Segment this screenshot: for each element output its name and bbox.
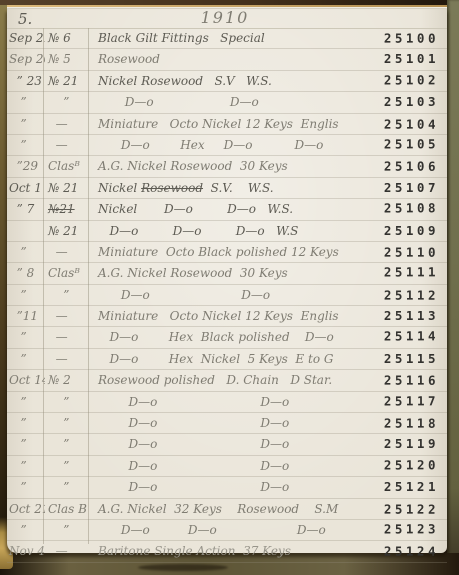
entry-description: Nickel D—o D—o W.S. bbox=[93, 199, 339, 219]
entry-date bbox=[7, 221, 45, 241]
entry-model-number: ” bbox=[45, 434, 93, 454]
entry-description: Black Gilt Fittings Special bbox=[93, 28, 339, 48]
book-cover-left bbox=[0, 5, 7, 575]
entry-model-number: — bbox=[45, 114, 93, 134]
entry-description: D—o D—o bbox=[93, 413, 339, 433]
entry-model-number: Clasᴮ bbox=[45, 156, 93, 176]
ledger-row: ”11 — Miniature Octo Nickel 12 Keys Engl… bbox=[7, 306, 447, 327]
entry-date: ” bbox=[7, 434, 45, 454]
entry-date: Sep 21ˢᵗ bbox=[7, 28, 45, 48]
ledger-row: ” — Miniature Octo Black polished 12 Key… bbox=[7, 242, 447, 263]
entry-model-number: ” bbox=[45, 285, 93, 305]
entry-date: ” bbox=[7, 477, 45, 497]
entry-model-number: ” bbox=[45, 392, 93, 412]
ledger-row: Nov 4ᵗʰ — Baritone Single Action 37 Keys… bbox=[7, 541, 447, 562]
entry-description: Baritone Single Action 37 Keys bbox=[93, 541, 339, 561]
entry-serial-stamp: 25118 bbox=[339, 413, 447, 434]
entry-serial-stamp: 25100 bbox=[339, 28, 447, 49]
entry-date: ” bbox=[7, 349, 45, 369]
entry-serial-stamp: 25119 bbox=[339, 434, 447, 454]
entry-date: Sep 20 bbox=[7, 49, 45, 69]
entry-date: ” bbox=[7, 327, 45, 347]
ledger-row: ” ” D—o D—o 25103 bbox=[7, 92, 447, 113]
ledger-page: 5. 1910 Sep 21ˢᵗ № 6 Black Gilt Fittings… bbox=[7, 9, 447, 553]
entry-date: ” bbox=[7, 285, 45, 305]
entry-date: ” bbox=[7, 413, 45, 433]
entry-description: Miniature Octo Nickel 12 Keys English bbox=[93, 306, 339, 326]
entry-model-number: ” bbox=[45, 92, 93, 112]
entry-serial-stamp: 25104 bbox=[339, 114, 447, 135]
ledger-row: ” ” D—o D—o 25121 bbox=[7, 477, 447, 498]
entry-serial-stamp: 25110 bbox=[339, 242, 447, 263]
entry-serial-stamp: 25117 bbox=[339, 391, 447, 412]
entry-model-number: ” bbox=[45, 456, 93, 476]
entry-model-number: — bbox=[45, 306, 93, 326]
entry-model-number: ” bbox=[45, 413, 93, 433]
ledger-row: ” ” D—o D—o D—o 25123 bbox=[7, 520, 447, 541]
ledger-row: Sep 20 № 5 Rosewood 25101 bbox=[7, 49, 447, 70]
entry-date: ” bbox=[7, 520, 45, 540]
entry-model-number: № 5 bbox=[45, 49, 93, 69]
entry-description: D—o D—o bbox=[93, 92, 339, 112]
entry-model-number: — bbox=[45, 349, 93, 369]
entry-model-number: Clas B bbox=[45, 499, 93, 519]
ledger-row: ” 7 №21 Nickel D—o D—o W.S. 25108 bbox=[7, 199, 447, 220]
ledger-row: ” — D—o Hex Black polished D—o D—o 25114 bbox=[7, 327, 447, 348]
entry-serial-stamp: 25113 bbox=[339, 306, 447, 326]
entry-description: D—o D—o bbox=[93, 456, 339, 476]
entry-model-number: №21 bbox=[45, 199, 93, 219]
entry-date: ” bbox=[7, 114, 45, 134]
entry-serial-stamp: 25120 bbox=[339, 455, 447, 476]
entry-date: Oct 21 bbox=[7, 499, 45, 519]
entry-date: ” 7 bbox=[7, 199, 45, 219]
entry-serial-stamp: 25121 bbox=[339, 477, 447, 497]
entry-serial-stamp: 25103 bbox=[339, 92, 447, 112]
entry-serial-stamp: 25112 bbox=[339, 285, 447, 306]
entry-serial-stamp: 25111 bbox=[339, 263, 447, 284]
ledger-row: Oct 1 № 21 Nickel Rosewood S.V. W.S. 251… bbox=[7, 178, 447, 199]
book-cover-right bbox=[447, 0, 459, 575]
entry-model-number: № 21 bbox=[45, 71, 93, 91]
entry-serial-stamp: 25115 bbox=[339, 349, 447, 369]
entry-serial-stamp: 25101 bbox=[339, 49, 447, 69]
entry-model-number: — bbox=[45, 135, 93, 155]
ledger-photo: 5. 1910 Sep 21ˢᵗ № 6 Black Gilt Fittings… bbox=[0, 0, 459, 575]
ledger-row: ” 8 Clasᴮ A.G. Nickel Rosewood 30 Keys 2… bbox=[7, 263, 447, 284]
entry-description: D—o D—o D—o W.S bbox=[93, 221, 339, 241]
ledger-row: ” ” D—o D—o 25112 bbox=[7, 285, 447, 306]
year-title: 1910 bbox=[201, 8, 250, 27]
entry-date: Oct 1 bbox=[7, 178, 45, 198]
entry-serial-stamp: 25123 bbox=[339, 519, 447, 540]
entry-description: Miniature Octo Nickel 12 Keys English bbox=[93, 114, 339, 134]
entry-description: A.G. Nickel Rosewood 30 Keys bbox=[93, 263, 339, 283]
entry-description: A.G. Nickel 32 Keys Rosewood S.M.Bel bbox=[93, 499, 339, 519]
entry-date: ”11 bbox=[7, 306, 45, 326]
entry-serial-stamp: 25107 bbox=[339, 178, 447, 198]
ledger-row: Oct 14ᵗʰ № 2 Rosewood polished D. Chain … bbox=[7, 370, 447, 391]
entry-model-number: № 6 bbox=[45, 28, 93, 48]
entry-serial-stamp: 25124 bbox=[339, 542, 447, 563]
entry-model-number: № 2 bbox=[45, 370, 93, 390]
ledger-row: ” ” D—o D—o 25118 bbox=[7, 413, 447, 434]
ledger-row: ” ” D—o D—o 25120 bbox=[7, 456, 447, 477]
entry-serial-stamp: 25116 bbox=[339, 371, 447, 392]
entry-serial-stamp: 25105 bbox=[339, 134, 447, 155]
entry-description: Nickel Rosewood S.V. W.S. bbox=[93, 178, 339, 198]
entry-date: ” bbox=[7, 242, 45, 262]
entry-date: Nov 4ᵗʰ bbox=[7, 541, 45, 561]
entry-description: D—o D—o bbox=[93, 477, 339, 497]
ledger-row: ” 23 № 21 Nickel Rosewood S.V W.S. 25102 bbox=[7, 71, 447, 92]
entry-date: ” 23 bbox=[7, 71, 45, 91]
entry-model-number: № 21 bbox=[45, 178, 93, 198]
ledger-row: Oct 21 Clas B A.G. Nickel 32 Keys Rosewo… bbox=[7, 499, 447, 520]
entry-description: Miniature Octo Black polished 12 Keys En… bbox=[93, 242, 339, 262]
entry-serial-stamp: 25106 bbox=[339, 157, 447, 178]
page-header: 5. 1910 bbox=[7, 9, 447, 29]
entry-serial-stamp: 25122 bbox=[339, 499, 447, 520]
entry-model-number: — bbox=[45, 541, 93, 561]
entry-description: D—o Hex Black polished D—o D—o bbox=[93, 327, 339, 347]
entry-model-number: ” bbox=[45, 477, 93, 497]
entry-description: D—o D—o D—o bbox=[93, 520, 339, 540]
ledger-row: ” ” D—o D—o 25119 bbox=[7, 434, 447, 455]
entry-model-number: ” bbox=[45, 520, 93, 540]
entry-description: Nickel Rosewood S.V W.S. bbox=[93, 71, 339, 91]
ledger-row: ” — Miniature Octo Nickel 12 Keys Englis… bbox=[7, 114, 447, 135]
entry-model-number: Clasᴮ bbox=[45, 263, 93, 283]
entry-model-number: — bbox=[45, 242, 93, 262]
entry-description: D—o D—o bbox=[93, 285, 339, 305]
entry-date: ”29 bbox=[7, 156, 45, 176]
ledger-row: Sep 21ˢᵗ № 6 Black Gilt Fittings Special… bbox=[7, 28, 447, 49]
entry-date: ” bbox=[7, 92, 45, 112]
entry-serial-stamp: 25108 bbox=[339, 198, 447, 219]
entry-date: Oct 14ᵗʰ bbox=[7, 370, 45, 390]
entry-serial-stamp: 25102 bbox=[339, 70, 447, 91]
entry-description: Rosewood bbox=[93, 49, 339, 69]
ledger-row: ” ” D—o D—o 25117 bbox=[7, 392, 447, 413]
entry-description: D—o Hex D—o D—o bbox=[93, 135, 339, 155]
entry-description: D—o Hex Nickel 5 Keys E to G bbox=[93, 349, 339, 369]
entry-model-number: — bbox=[45, 327, 93, 347]
entry-date: ” 8 bbox=[7, 263, 45, 283]
entry-description: D—o D—o bbox=[93, 392, 339, 412]
entry-date: ” bbox=[7, 392, 45, 412]
ledger-rows: Sep 21ˢᵗ № 6 Black Gilt Fittings Special… bbox=[7, 28, 447, 563]
entry-description: Rosewood polished D. Chain D Star. bbox=[93, 370, 339, 390]
ledger-row: ”29 Clasᴮ A.G. Nickel Rosewood 30 Keys 2… bbox=[7, 156, 447, 177]
ledger-row: № 21 D—o D—o D—o W.S 25109 bbox=[7, 221, 447, 242]
ledger-row: ” — D—o Hex Nickel 5 Keys E to G 25115 bbox=[7, 349, 447, 370]
entry-description: A.G. Nickel Rosewood 30 Keys bbox=[93, 156, 339, 176]
entry-date: ” bbox=[7, 456, 45, 476]
entry-description: D—o D—o bbox=[93, 434, 339, 454]
ledger-row: ” — D—o Hex D—o D—o 25105 bbox=[7, 135, 447, 156]
entry-model-number: № 21 bbox=[45, 221, 93, 241]
page-number: 5. bbox=[18, 10, 32, 28]
entry-date: ” bbox=[7, 135, 45, 155]
entry-serial-stamp: 25114 bbox=[339, 327, 447, 348]
entry-serial-stamp: 25109 bbox=[339, 221, 447, 241]
